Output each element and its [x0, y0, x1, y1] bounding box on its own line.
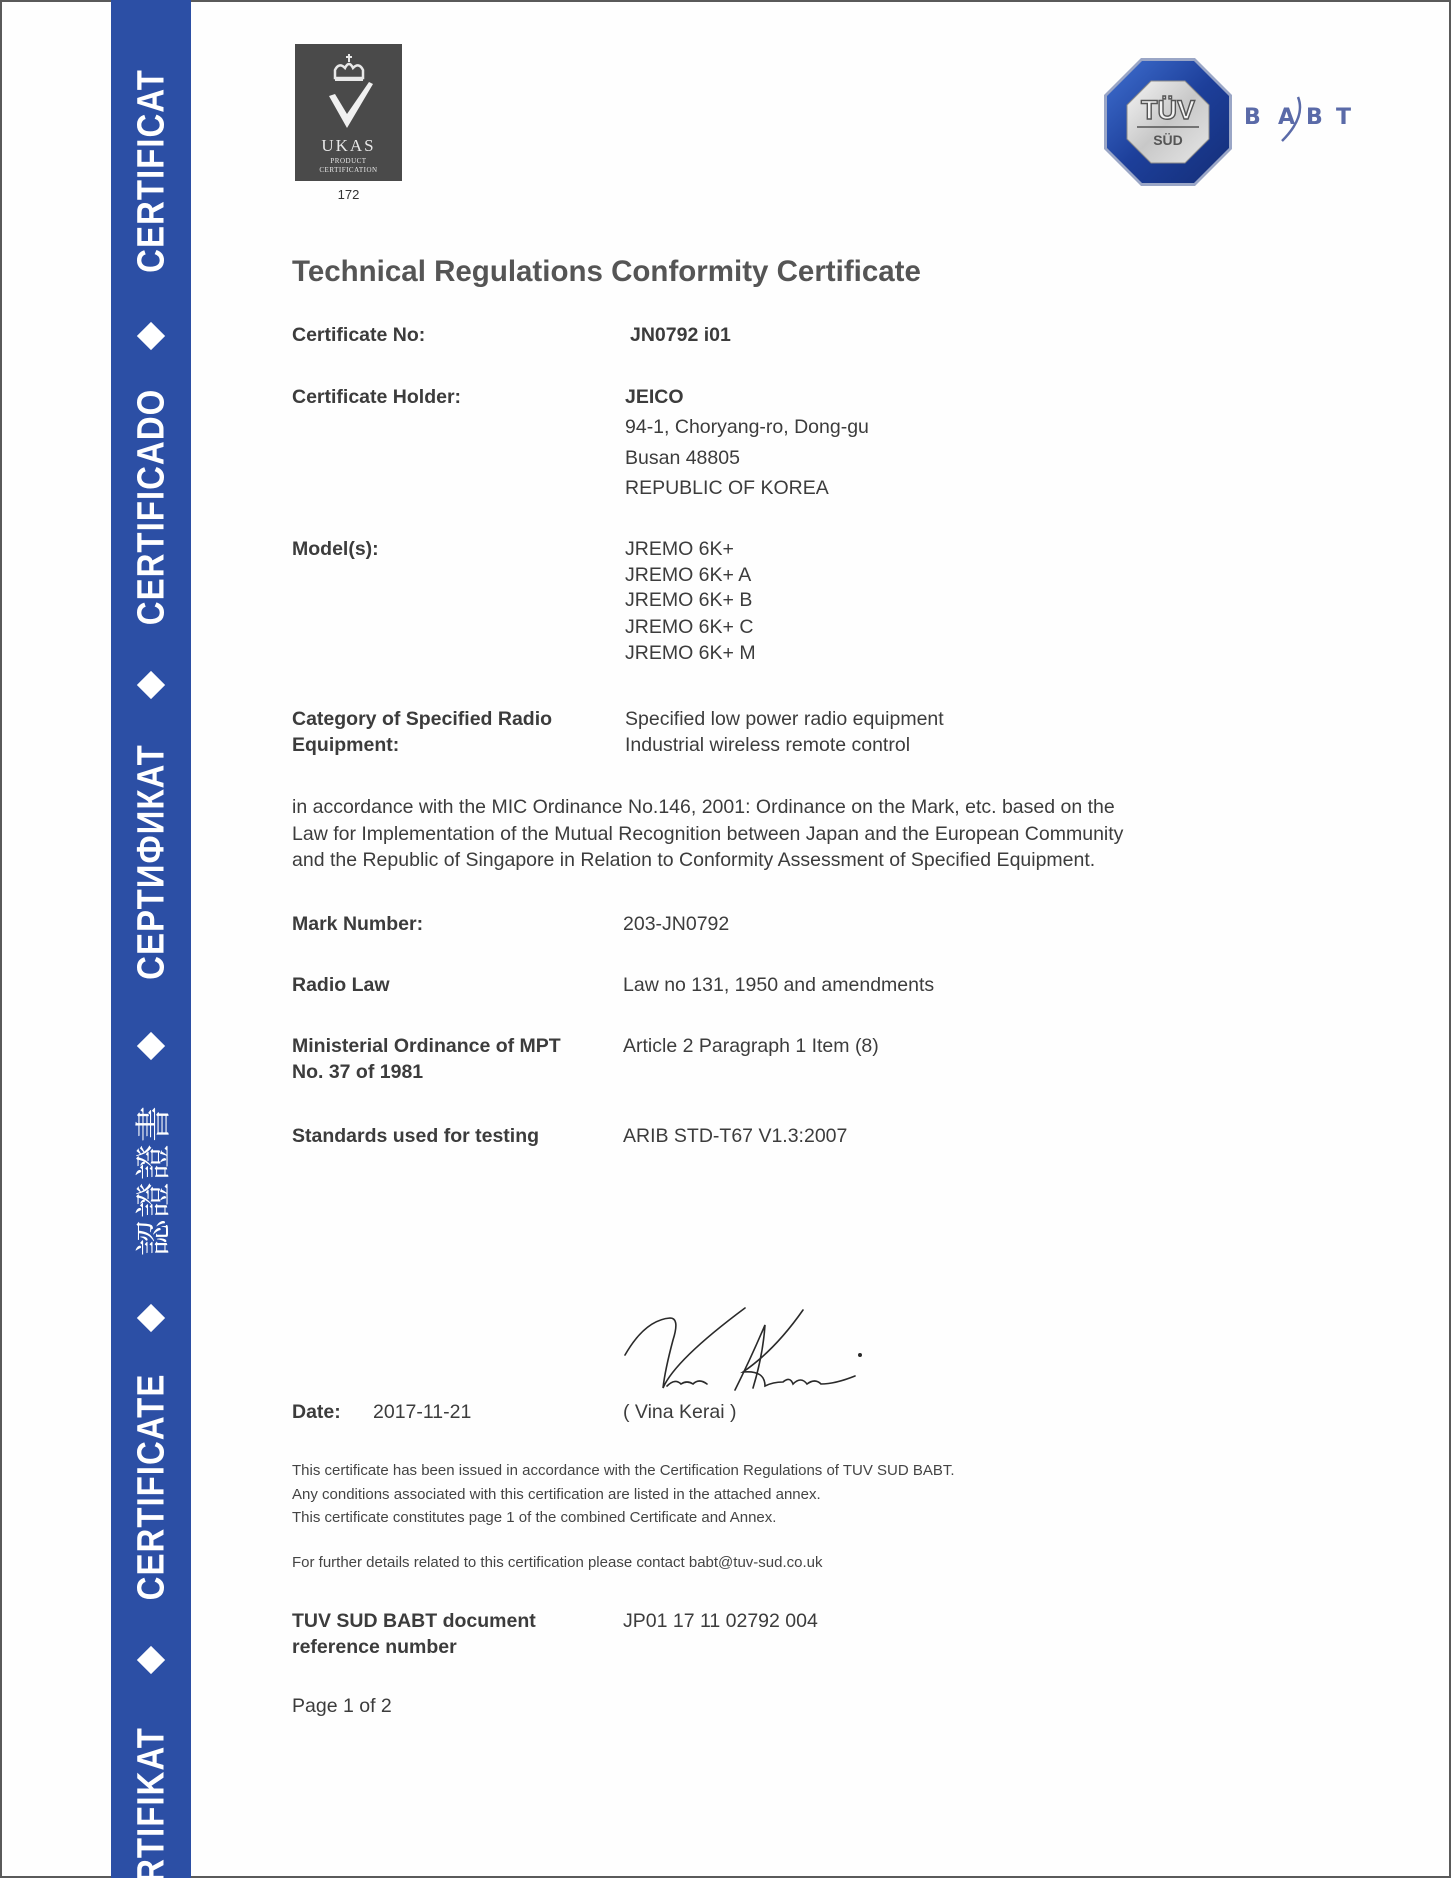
ministerial-value: Article 2 Paragraph 1 Item (8) [623, 1037, 879, 1057]
diamond-icon [137, 1032, 165, 1060]
date-value: 2017-11-21 [373, 1403, 471, 1423]
reference-label: reference number [292, 1638, 457, 1658]
babt-letter: B [1244, 105, 1261, 130]
radio-law-value: Law no 131, 1950 and amendments [623, 976, 934, 996]
footer-note: Any conditions associated with this cert… [292, 1487, 821, 1502]
ukas-name: UKAS [295, 136, 402, 156]
certificate-no-label: Certificate No: [292, 326, 425, 346]
category-label: Equipment: [292, 736, 399, 756]
side-band: CERTIFICAT CERTIFICADO СЕРТИФИКАТ 認證證書 C… [111, 0, 191, 1878]
babt-letter: T [1336, 105, 1351, 130]
statement-line: Law for Implementation of the Mutual Rec… [292, 825, 1123, 845]
mark-number-value: 203-JN0792 [623, 915, 729, 935]
diamond-icon [137, 1646, 165, 1674]
holder-address-line: 94-1, Choryang-ro, Dong-gu [625, 418, 869, 438]
reference-label: TUV SUD BABT document [292, 1612, 536, 1632]
crown-checkmark-icon [295, 44, 402, 136]
contact-note: For further details related to this cert… [292, 1555, 823, 1570]
svg-text:TÜV: TÜV [1141, 95, 1195, 125]
ministerial-label: No. 37 of 1981 [292, 1063, 423, 1083]
footer-note: This certificate constitutes page 1 of t… [292, 1510, 776, 1525]
band-word-certificate: CERTIFICATE [129, 1374, 173, 1601]
tuv-sud-logo: TÜV SÜD [1103, 57, 1233, 187]
signature-image [615, 1300, 885, 1405]
footer-note: This certificate has been issued in acco… [292, 1463, 955, 1478]
model-item: JREMO 6K+ [625, 540, 734, 560]
category-value: Industrial wireless remote control [625, 736, 910, 756]
date-label: Date: [292, 1403, 341, 1423]
signatory-name: ( Vina Kerai ) [623, 1403, 736, 1423]
diamond-icon [137, 671, 165, 699]
model-item: JREMO 6K+ A [625, 566, 751, 586]
diamond-icon [137, 322, 165, 350]
babt-letter: B [1306, 105, 1323, 130]
holder-address-line: Busan 48805 [625, 449, 740, 469]
statement-line: in accordance with the MIC Ordinance No.… [292, 798, 1115, 818]
radio-law-label: Radio Law [292, 976, 390, 996]
mark-number-label: Mark Number: [292, 915, 423, 935]
standards-label: Standards used for testing [292, 1127, 539, 1147]
tuv-octagon-icon: TÜV SÜD [1103, 57, 1233, 187]
model-item: JREMO 6K+ C [625, 618, 753, 638]
svg-text:SÜD: SÜD [1153, 132, 1183, 148]
certificate-no-value: JN0792 i01 [630, 326, 731, 346]
category-label: Category of Specified Radio [292, 710, 552, 730]
ukas-subtitle-1: PRODUCT [295, 157, 402, 165]
band-word-certificado: CERTIFICADO [129, 389, 173, 626]
model-item: JREMO 6K+ B [625, 591, 752, 611]
ukas-number: 172 [295, 187, 402, 202]
models-label: Model(s): [292, 540, 379, 560]
holder-name: JEICO [625, 388, 684, 408]
ministerial-label: Ministerial Ordinance of MPT [292, 1037, 561, 1057]
holder-address-line: REPUBLIC OF KOREA [625, 479, 829, 499]
page-number: Page 1 of 2 [292, 1697, 392, 1717]
model-item: JREMO 6K+ M [625, 644, 756, 664]
reference-value: JP01 17 11 02792 004 [623, 1612, 818, 1632]
holder-label: Certificate Holder: [292, 388, 461, 408]
swoosh-icon [1272, 95, 1306, 145]
standards-value: ARIB STD-T67 V1.3:2007 [623, 1127, 847, 1147]
page-title: Technical Regulations Conformity Certifi… [292, 255, 921, 289]
category-value: Specified low power radio equipment [625, 710, 944, 730]
band-word-zertifikat: RTIFIKAT [129, 1727, 173, 1878]
band-word-sertifikat: СЕРТИФИКАТ [129, 744, 173, 980]
statement-line: and the Republic of Singapore in Relatio… [292, 851, 1095, 871]
band-word-chinese: 認證證書 [126, 1104, 177, 1256]
ukas-logo: UKAS PRODUCT CERTIFICATION [295, 44, 402, 181]
ukas-subtitle-2: CERTIFICATION [295, 166, 402, 174]
band-word-certificat: CERTIFICAT [129, 69, 173, 273]
diamond-icon [137, 1304, 165, 1332]
